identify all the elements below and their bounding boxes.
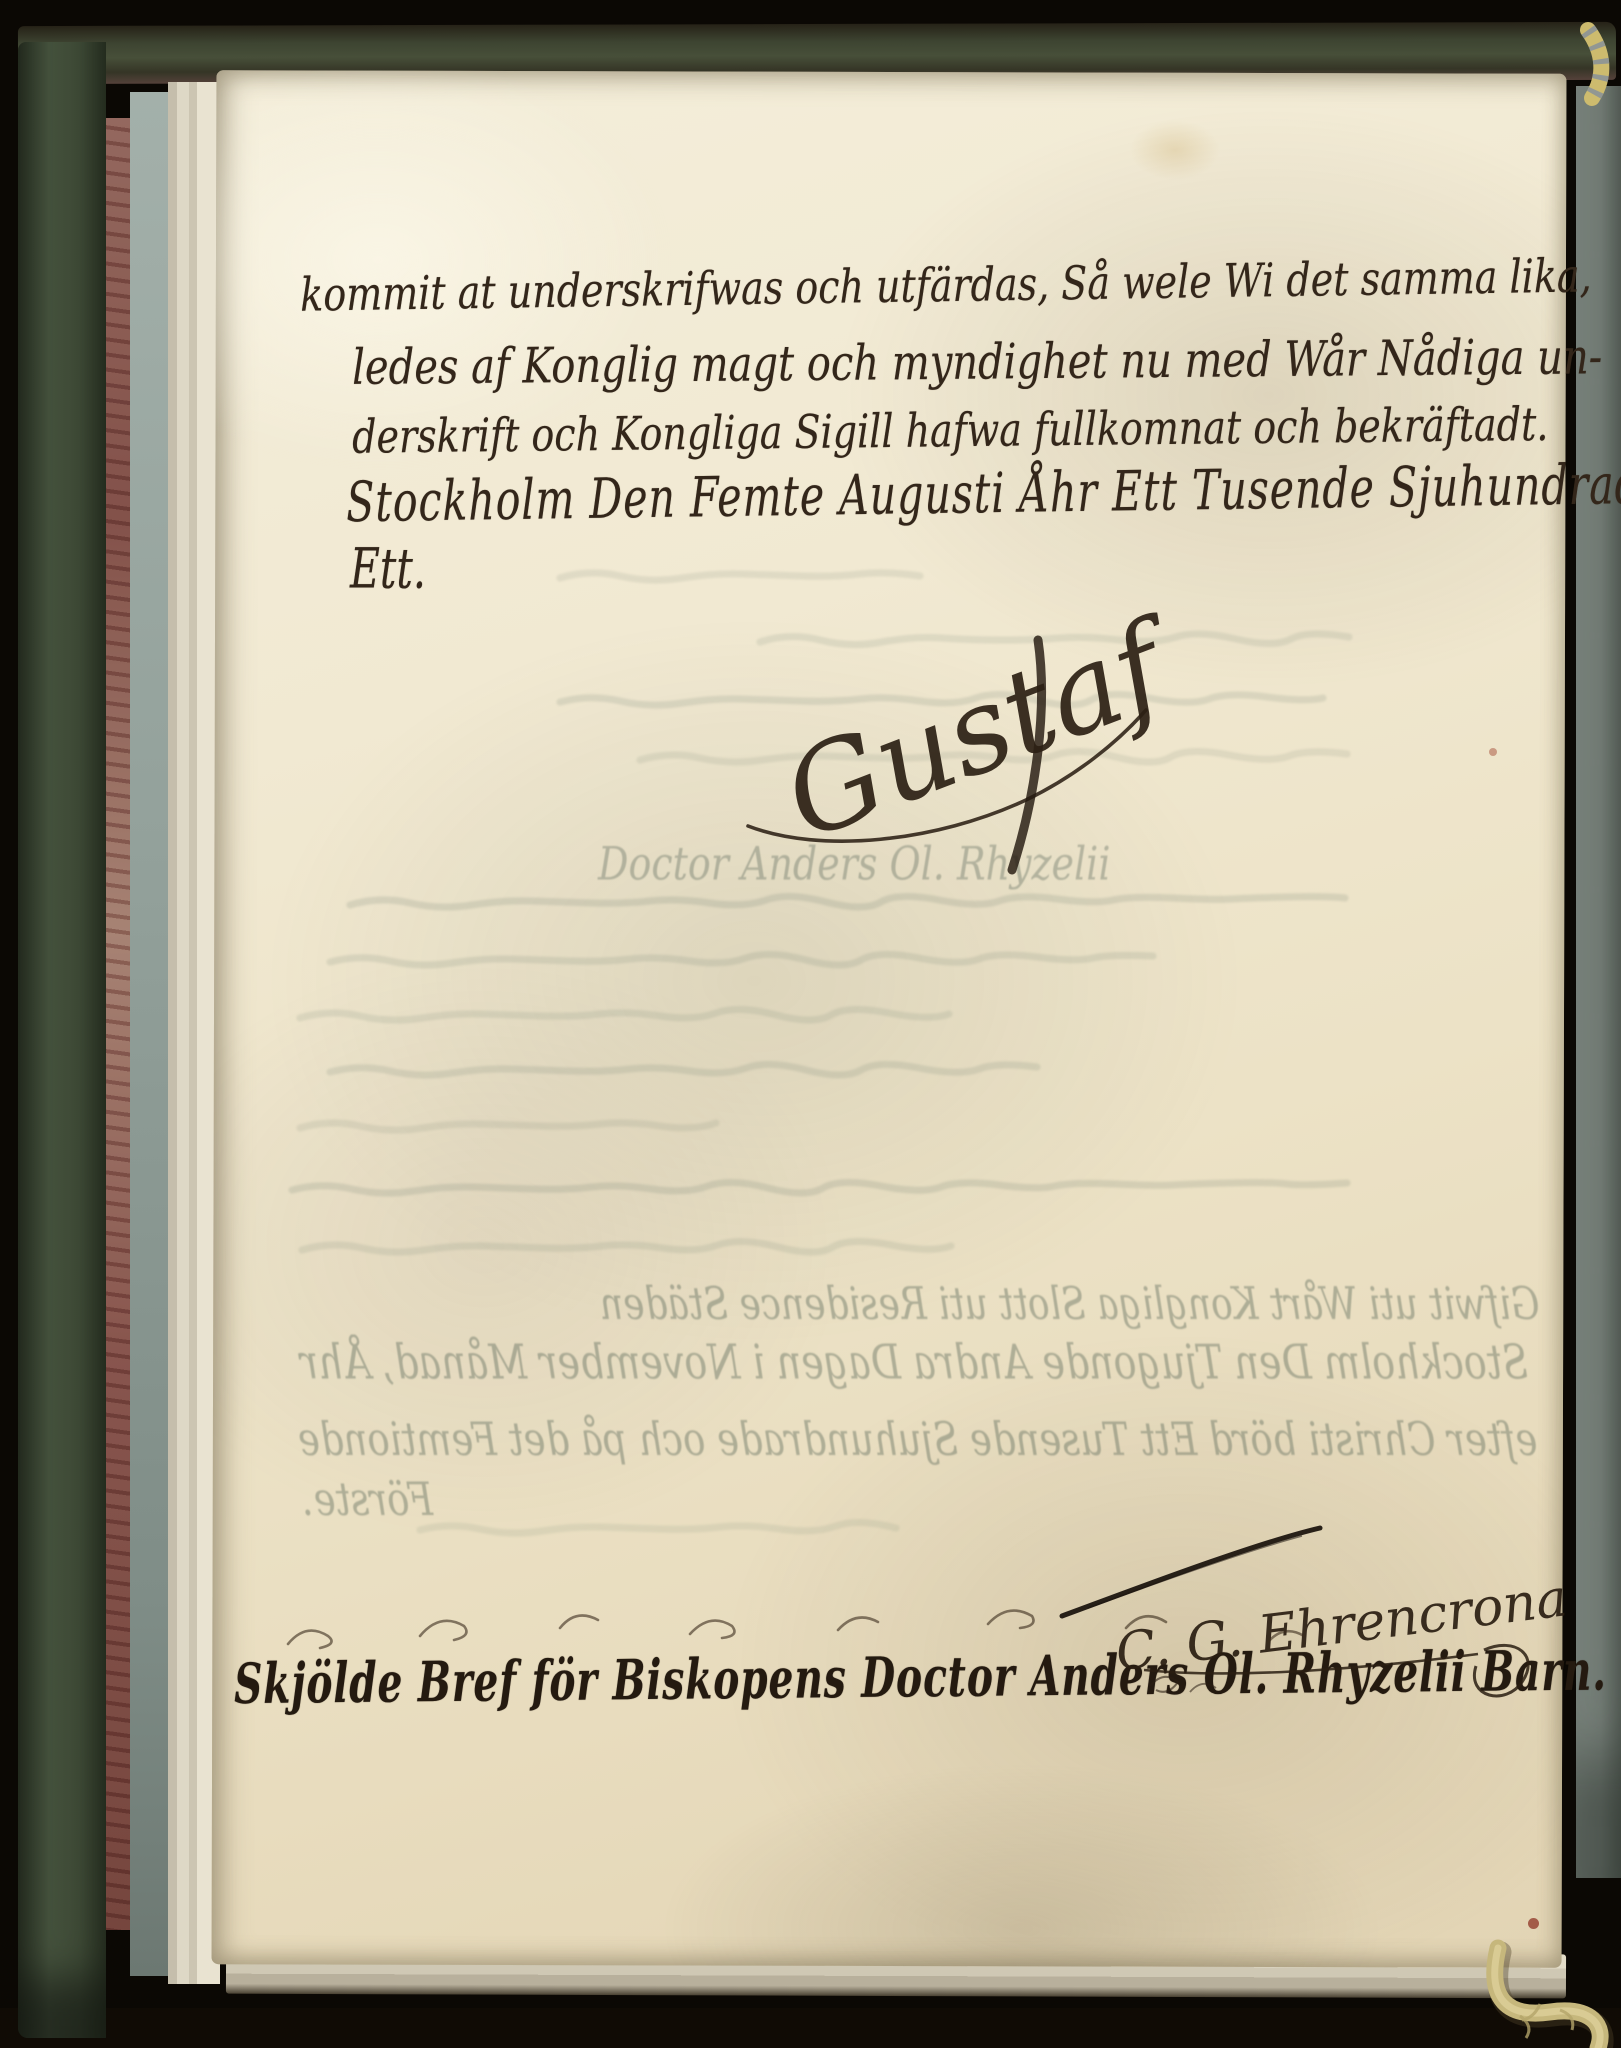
showthrough-line-2: Stockholm Den Tjugonde Andra Dagen i Nov… — [300, 1335, 1528, 1390]
book-cover-left-board — [18, 42, 106, 2038]
royal-signature-text: Gustaf — [766, 591, 1199, 867]
red-fleck-stain — [1489, 748, 1497, 756]
countersignature-block: C. G. Ehrencrona — [1086, 1570, 1546, 1720]
paper-stain — [1130, 120, 1220, 180]
small-flourish-2 — [1190, 1684, 1216, 1692]
showthrough-line-4: Förste. — [302, 1473, 433, 1527]
underlying-page-edge — [130, 92, 172, 1976]
countersignature-loop-flourish — [1474, 1645, 1528, 1696]
photograph-canvas: { "photo": { "background_color": "#0b080… — [0, 0, 1621, 2048]
countersignature-text: C. G. Ehrencrona — [1112, 1568, 1570, 1683]
showthrough-line-1: Gifwit uti Wårt Kongliga Slott uti Resid… — [600, 1279, 1540, 1330]
red-fleck-stain — [1528, 1918, 1539, 1929]
showthrough-line-3: efter Christi börd Ett Tusende Sjuhundra… — [298, 1413, 1537, 1467]
royal-signature-block: Gustaf — [726, 588, 1186, 898]
manuscript-line-2: ledes af Konglig magt och myndighet nu m… — [352, 329, 1602, 396]
dateline-end: Ett. — [350, 536, 426, 601]
bottom-shadow-gutter — [0, 2008, 1621, 2048]
small-flourish-1 — [1150, 1677, 1178, 1692]
